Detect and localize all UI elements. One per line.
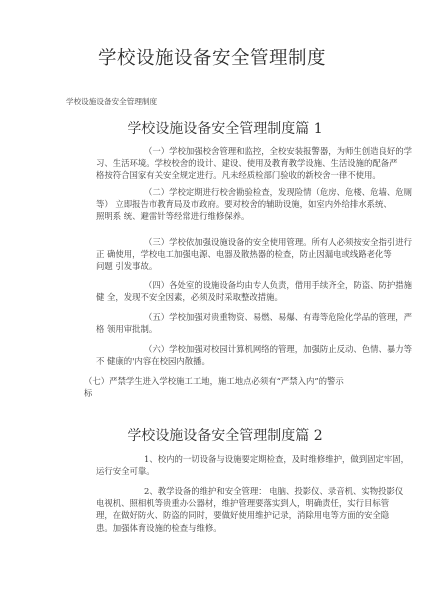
section-1-paragraph-6: （六）学校加强对校园计算机网络的管理，加强防止反动、色情、暴力等 不 健康的'内… [48, 343, 372, 367]
paragraph-line: 电视机、照相机等贵重办公器材，维护管理要落实到人，明确责任，实行目标管 [48, 497, 372, 509]
paragraph-line: 理，在做好防火、防盗的同时，要做好使用维护记录，消除用电等方面的安全隐 [48, 509, 372, 521]
paragraph-line: 健 全，发现不安全因素，必须及时采取整改措施。 [48, 291, 372, 303]
document-subtitle: 学校设施设备安全管理制度 [66, 96, 157, 107]
paragraph-line: （二）学校定期进行校舍勘验检查，发现险情（危房、危楼、危墙、危厕 [48, 186, 372, 198]
paragraph-line: （七）严禁学生进入学校施工工地，施工地点必须有“严禁入内”的警示 [84, 375, 374, 387]
section-1-paragraph-3: （三）学校依加强设施设备的安全使用管理。所有人必须按安全指引进行 正 确使用，学… [48, 236, 372, 273]
paragraph-line: 格 领用审批制。 [48, 323, 372, 335]
paragraph-line: 正 确使用，学校电工加强电源、电器及散热器的检查，防止因漏电或线路老化等 [48, 248, 372, 260]
section-1-paragraph-5: （五）学校加强对贵重物资、易燃、易爆、有毒等危险化学品的管理，严 格 领用审批制… [48, 311, 372, 335]
paragraph-line: 格按符合国家有关安全规定进行。凡未经质检部门验收的新校舍一律不使用。 [48, 169, 372, 181]
paragraph-line: 问题 引发事故。 [48, 260, 372, 272]
paragraph-line: 患。加强体育设施的检查与维修。 [48, 522, 372, 534]
section-2-heading: 学校设施设备安全管理制度篇 2 [0, 425, 424, 445]
paragraph-line: 不 健康的'内容在校园内散播。 [48, 355, 372, 367]
paragraph-line: 2、教学设备的维护和安全管理： 电脑、投影仪、录音机、实物投影仪 [48, 485, 372, 497]
paragraph-line: （三）学校依加强设施设备的安全使用管理。所有人必须按安全指引进行 [48, 236, 372, 248]
paragraph-line: 运行安全可靠。 [48, 465, 372, 477]
section-1-paragraph-4: （四）各处室的设施设备均由专人负责，借用手续齐全，防盗、防护措施 健 全，发现不… [48, 279, 372, 303]
paragraph-line: 标 [84, 387, 374, 399]
section-1-paragraph-1: （一）学校加强校舍管理和监控，全校安装报警器，为师生创造良好的学 习、生活环境。… [48, 145, 372, 182]
paragraph-line: 照明系 统、避雷针等经常进行维修保养。 [48, 210, 372, 222]
paragraph-line: （四）各处室的设施设备均由专人负责，借用手续齐全，防盗、防护措施 [48, 279, 372, 291]
paragraph-line: 等） 立即报告市教育局及市政府。要对校舍的辅助设施，如室内外给排水系统、 [48, 198, 372, 210]
document-title: 学校设施设备安全管理制度 [0, 44, 424, 70]
document-page: 学校设施设备安全管理制度 学校设施设备安全管理制度 学校设施设备安全管理制度篇 … [0, 0, 424, 600]
section-1-paragraph-7: （七）严禁学生进入学校施工工地，施工地点必须有“严禁入内”的警示 标 [84, 375, 374, 399]
section-2-paragraph-2: 2、教学设备的维护和安全管理： 电脑、投影仪、录音机、实物投影仪 电视机、照相机… [48, 485, 372, 534]
section-1-heading: 学校设施设备安全管理制度篇 1 [0, 118, 424, 138]
paragraph-line: （一）学校加强校舍管理和监控，全校安装报警器，为师生创造良好的学 [48, 145, 372, 157]
paragraph-line: 习、生活环境。学校校舍的设计、建设、使用及教育教学设施、生活设施的配备严 [48, 157, 372, 169]
section-2-paragraph-1: 1、校内的一切设备与设施要定期检查，及时维修维护，做到固定牢固， 运行安全可靠。 [48, 453, 372, 477]
paragraph-line: （六）学校加强对校园计算机网络的管理，加强防止反动、色情、暴力等 [48, 343, 372, 355]
section-1-paragraph-2: （二）学校定期进行校舍勘验检查，发现险情（危房、危楼、危墙、危厕 等） 立即报告… [48, 186, 372, 223]
paragraph-line: （五）学校加强对贵重物资、易燃、易爆、有毒等危险化学品的管理，严 [48, 311, 372, 323]
paragraph-line: 1、校内的一切设备与设施要定期检查，及时维修维护，做到固定牢固， [48, 453, 372, 465]
